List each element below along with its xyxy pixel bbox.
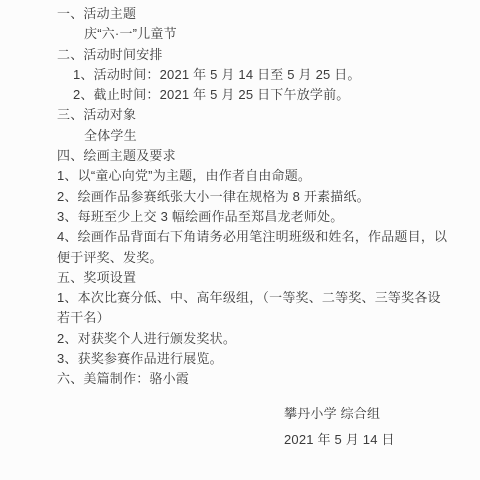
document-body: 一、活动主题 庆“六·一”儿童节 二、活动时间安排 1、活动时间：2021 年 … [57,4,460,390]
section-heading-2: 二、活动时间安排 [57,45,460,65]
doc-line: 2、截止时间：2021 年 5 月 25 日下午放学前。 [57,85,460,105]
doc-line: 全体学生 [57,126,460,146]
doc-line: 1、以“童心向党”为主题，由作者自由命题。 [57,166,460,186]
section-heading-5: 五、奖项设置 [57,268,460,288]
section-heading-3: 三、活动对象 [57,105,460,125]
doc-line: 2、对获奖个人进行颁发奖状。 [57,329,460,349]
signature-organization: 攀丹小学 综合组 [284,404,395,424]
signature-date: 2021 年 5 月 14 日 [284,430,395,450]
doc-line: 1、本次比赛分低、中、高年级组，（一等奖、二等奖、三等奖各设 [57,288,460,308]
doc-line: 便于评奖、发奖。 [57,248,460,268]
doc-line: 3、每班至少上交 3 幅绘画作品至郑昌龙老师处。 [57,207,460,227]
doc-line: 3、获奖参赛作品进行展览。 [57,349,460,369]
document-page: { "page": { "background_color": "#fcfcfc… [0,0,480,480]
doc-line: 庆“六·一”儿童节 [57,24,460,44]
doc-line: 4、绘画作品背面右下角请务必用笔注明班级和姓名，作品题目，以 [57,227,460,247]
doc-line: 若干名） [57,308,460,328]
doc-line: 2、绘画作品参赛纸张大小一律在规格为 8 开素描纸。 [57,187,460,207]
section-heading-6: 六、美篇制作：骆小霞 [57,369,460,389]
signature-block: 攀丹小学 综合组 2021 年 5 月 14 日 [284,404,395,450]
section-heading-4: 四、绘画主题及要求 [57,146,460,166]
doc-line: 1、活动时间：2021 年 5 月 14 日至 5 月 25 日。 [57,65,460,85]
section-heading-1: 一、活动主题 [57,4,460,24]
